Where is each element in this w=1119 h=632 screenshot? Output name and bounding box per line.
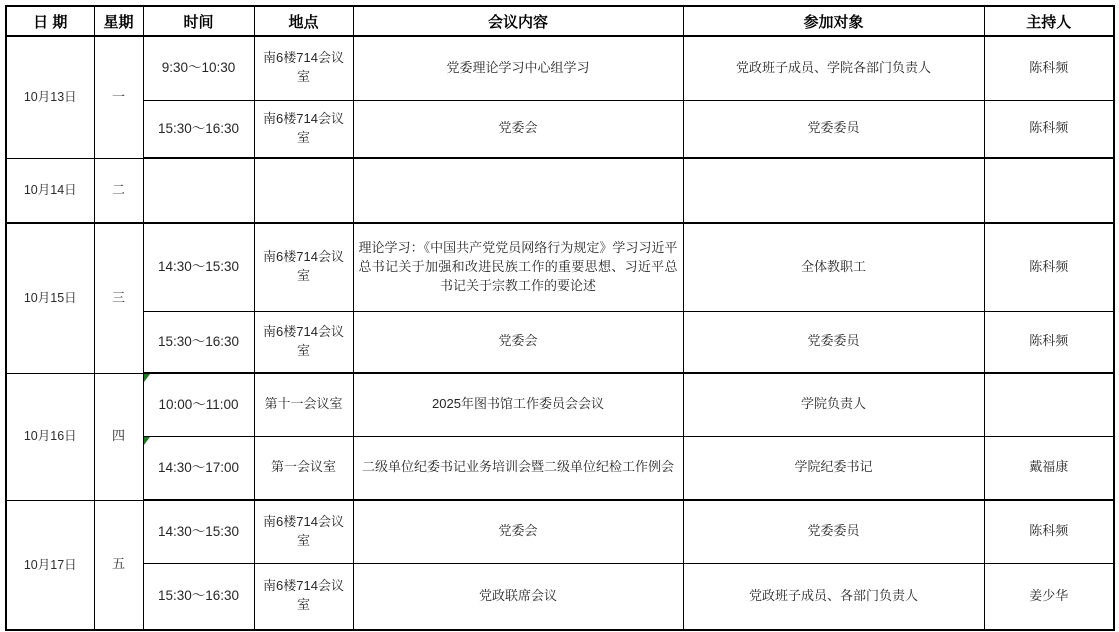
schedule-row: 10月17日 五 14:30～15:30 南6楼714会议室 党委会 党委委员 … [6,500,1114,563]
col-header-time: 时间 [143,6,254,36]
cell-comment-marker-icon [144,437,150,445]
location-cell: 南6楼714会议室 [254,36,353,100]
location-cell: 南6楼714会议室 [254,563,353,630]
time-text: 10:00～11:00 [158,397,238,412]
col-header-content: 会议内容 [353,6,683,36]
weekday-cell: 五 [94,500,143,630]
schedule-sheet: 日 期 星期 时间 地点 会议内容 参加对象 主持人 10月13日 一 9:30… [0,0,1119,631]
schedule-row: 15:30～16:30 南6楼714会议室 党委会 党委委员 陈科频 [6,100,1114,158]
weekday-cell: 三 [94,223,143,373]
host-cell: 陈科频 [984,36,1114,100]
location-cell: 第一会议室 [254,436,353,500]
time-cell: 15:30～16:30 [143,100,254,158]
location-cell: 南6楼714会议室 [254,100,353,158]
content-cell: 党委会 [353,100,683,158]
participants-cell: 学院负责人 [683,373,984,436]
content-cell: 党委会 [353,311,683,373]
meeting-schedule-table: 日 期 星期 时间 地点 会议内容 参加对象 主持人 10月13日 一 9:30… [5,5,1115,631]
time-cell: 14:30～15:30 [143,500,254,563]
host-cell: 陈科频 [984,500,1114,563]
host-cell [984,158,1114,223]
location-cell: 第十一会议室 [254,373,353,436]
participants-cell: 党政班子成员、学院各部门负责人 [683,36,984,100]
schedule-row: 14:30～17:00 第一会议室 二级单位纪委书记业务培训会暨二级单位纪检工作… [6,436,1114,500]
participants-cell: 学院纪委书记 [683,436,984,500]
host-cell: 陈科频 [984,100,1114,158]
schedule-row: 10月16日 四 10:00～11:00 第十一会议室 2025年图书馆工作委员… [6,373,1114,436]
participants-cell: 全体教职工 [683,223,984,311]
cell-comment-marker-icon [144,374,150,382]
time-cell: 15:30～16:30 [143,311,254,373]
content-cell: 党委理论学习中心组学习 [353,36,683,100]
participants-cell: 党委委员 [683,311,984,373]
content-cell [353,158,683,223]
schedule-row: 10月15日 三 14:30～15:30 南6楼714会议室 理论学习：《中国共… [6,223,1114,311]
content-cell: 2025年图书馆工作委员会会议 [353,373,683,436]
host-cell: 姜少华 [984,563,1114,630]
weekday-cell: 四 [94,373,143,500]
location-cell: 南6楼714会议室 [254,500,353,563]
participants-cell [683,158,984,223]
host-cell: 陈科频 [984,311,1114,373]
schedule-row: 15:30～16:30 南6楼714会议室 党政联席会议 党政班子成员、各部门负… [6,563,1114,630]
date-cell: 10月17日 [6,500,94,630]
content-cell: 二级单位纪委书记业务培训会暨二级单位纪检工作例会 [353,436,683,500]
col-header-weekday: 星期 [94,6,143,36]
schedule-row: 10月14日 二 [6,158,1114,223]
host-cell [984,373,1114,436]
time-text: 14:30～17:00 [158,460,239,475]
schedule-row: 10月13日 一 9:30～10:30 南6楼714会议室 党委理论学习中心组学… [6,36,1114,100]
time-cell: 14:30～17:00 [143,436,254,500]
participants-cell: 党委委员 [683,500,984,563]
date-cell: 10月15日 [6,223,94,373]
content-cell: 理论学习：《中国共产党党员网络行为规定》学习习近平总书记关于加强和改进民族工作的… [353,223,683,311]
host-cell: 陈科频 [984,223,1114,311]
weekday-cell: 一 [94,36,143,158]
location-cell [254,158,353,223]
location-cell: 南6楼714会议室 [254,311,353,373]
time-cell: 14:30～15:30 [143,223,254,311]
schedule-row: 15:30～16:30 南6楼714会议室 党委会 党委委员 陈科频 [6,311,1114,373]
time-cell: 9:30～10:30 [143,36,254,100]
date-cell: 10月13日 [6,36,94,158]
host-cell: 戴福康 [984,436,1114,500]
time-cell: 10:00～11:00 [143,373,254,436]
col-header-host: 主持人 [984,6,1114,36]
content-cell: 党政联席会议 [353,563,683,630]
header-row: 日 期 星期 时间 地点 会议内容 参加对象 主持人 [6,6,1114,36]
time-cell [143,158,254,223]
col-header-participants: 参加对象 [683,6,984,36]
content-cell: 党委会 [353,500,683,563]
location-cell: 南6楼714会议室 [254,223,353,311]
participants-cell: 党政班子成员、各部门负责人 [683,563,984,630]
date-cell: 10月16日 [6,373,94,500]
col-header-date: 日 期 [6,6,94,36]
time-cell: 15:30～16:30 [143,563,254,630]
col-header-location: 地点 [254,6,353,36]
date-cell: 10月14日 [6,158,94,223]
weekday-cell: 二 [94,158,143,223]
participants-cell: 党委委员 [683,100,984,158]
